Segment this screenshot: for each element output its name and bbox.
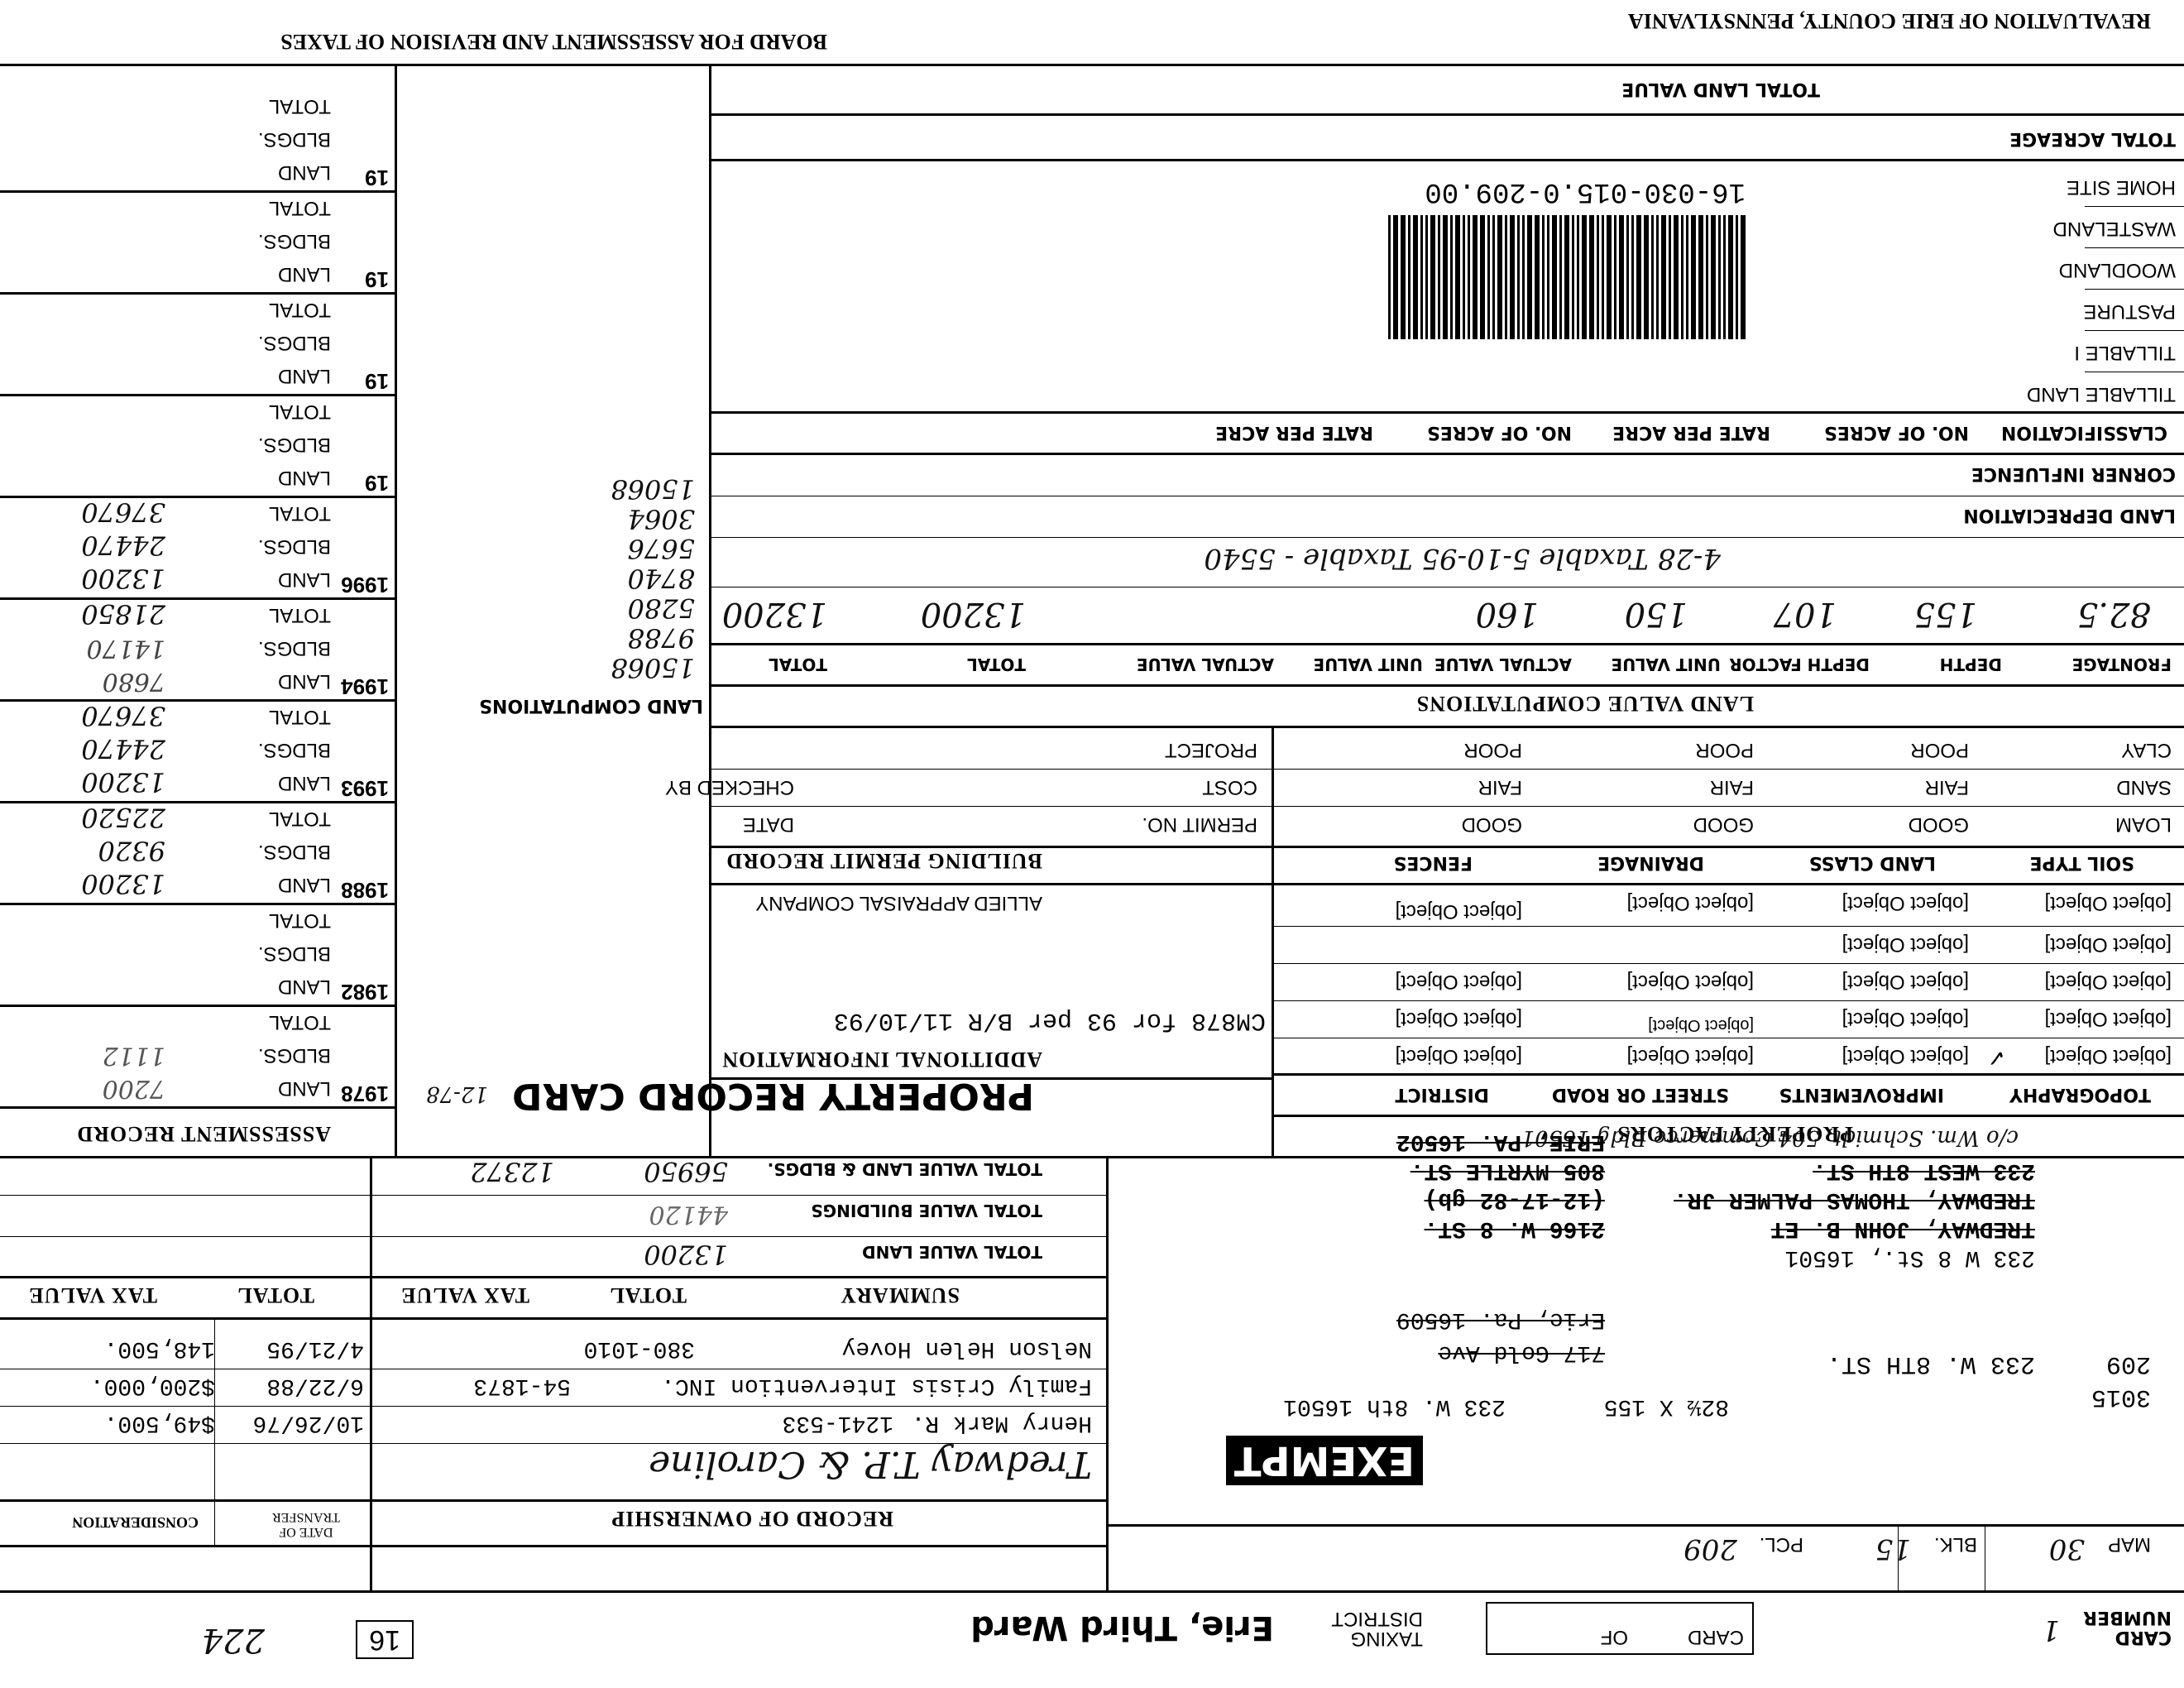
building-permit-title: BUILDING PERMIT RECORD [726,848,1042,873]
owner-row-4: Nelson Helen Hovey [842,1336,1092,1361]
improvement-gas: [object Object] [1842,970,1969,993]
improvement-electricity: [object Object] [1842,933,1969,956]
depth-header: DEPTH [1940,655,2002,674]
checkmark-icon: ✓ [1987,1044,2006,1072]
additional-info-title: ADDITIONAL INFORMATION [721,1047,1042,1072]
assessment-year: 1978 [341,1081,389,1106]
additional-info-text: CM878 for 93 per B/R 11/10/93 [834,1006,1266,1034]
card-number-value: 1 [2042,1614,2060,1647]
total-value-1: 13200 [921,595,1026,633]
rate-per-acre-header-2: RATE PER ACRE [1215,422,1373,443]
total-value-2: 13200 [722,595,827,633]
owner-row-1: Tredway T.P. & Caroline [649,1443,1092,1485]
improvement-sewer: [object Object] [1842,1007,1969,1030]
road-sidewalk: [object Object] [1627,891,1754,914]
boxed-number: 16 [356,1620,414,1659]
land-class-poor: POOR [1910,738,1969,761]
soil-sand: SAND [2116,775,2172,798]
topo-swampy: [object Object] [2045,891,2172,914]
improvement-city-water: [object Object] [1842,1044,1969,1067]
property-address: 233 W. 8TH ST. [1827,1350,2035,1378]
woodland-label: WOODLAND [2059,258,2176,281]
land-value-computations-title: LAND VALUE COMPUTATIONS [1416,691,1754,716]
road-paved: [object Object] [1627,1044,1754,1067]
topo-high: [object Object] [2045,1007,2172,1030]
parcel-code-1: 3015 [2091,1383,2151,1411]
unit-value-header: UNIT VALUE [1611,655,1721,674]
drainage-header: DRAINAGE [1597,852,1704,873]
corner-note: 224 [202,1621,265,1659]
card-of-box: CARD OF [1486,1602,1754,1655]
date-of-transfer-header: DATE OF TRANSFER [256,1509,356,1539]
land-computations-list: 15068 9788 5280 8740 5676 3064 15068 [611,474,695,683]
board-title: BOARD FOR ASSESSMENT AND REVISION OF TAX… [280,29,827,54]
improvement-all-utilities: [object Object] [1842,891,1969,914]
road-semi-improved: [object Object] [1648,1015,1754,1034]
permit-date-label: DATE [743,813,794,836]
corner-influence-label: CORNER INFLUENCE [1971,463,2176,484]
summary-title: SUMMARY [840,1283,960,1307]
soil-clay: CLAY [2121,738,2172,761]
wasteland-label: WASTELAND [2053,217,2176,240]
taxing-district-value: Erie, Third Ward [970,1609,1274,1647]
land-class-header: LAND CLASS [1809,852,1936,873]
fences-fair: FAIR [1478,775,1522,798]
consideration-header: CONSIDERATION [72,1513,199,1531]
property-record-card-banner: PROPERTY RECORD CARD [512,1075,1034,1117]
barcode [1386,215,1746,339]
pcl-value: 209 [1683,1532,1737,1566]
total-acreage-label: TOTAL ACREAGE [2009,128,2176,149]
land-computations-title: LAND COMPUTATIONS [479,695,703,716]
district-header: DISTRICT [1395,1084,1489,1105]
topography-header: TOPOGRAPHY [2009,1084,2151,1105]
blk-value: 15 [1875,1532,1911,1566]
total-header-1: TOTAL [967,655,1026,674]
pasture-label: PASTURE [2083,300,2176,323]
land-class-fair: FAIR [1925,775,1969,798]
depth-value: 155 [1914,595,1977,633]
fences-poor: POOR [1463,738,1522,761]
assessment-record-title: ASSESSMENT RECORD [76,1121,331,1146]
actual-value-header-2: ACTUAL VALUE [1137,655,1274,674]
summary-land-label: TOTAL VALUE LAND [862,1242,1042,1262]
soil-type-header: SOIL TYPE [2030,852,2135,873]
unit-value: 150 [1625,595,1688,633]
card-number-label: CARD NUMBER [2097,1607,2172,1647]
unit-value-header-2: UNIT VALUE [1313,655,1423,674]
topo-low: [object Object] [2045,970,2172,993]
taxing-district-label: TAXING DISTRICT [1307,1609,1423,1648]
land-class-good: GOOD [1909,813,1969,836]
drainage-fair: FAIR [1710,775,1754,798]
frontage-value: 82.5 [2077,595,2151,633]
cost-label: COST [1202,775,1257,798]
street-road-header: STREET OR ROAD [1552,1084,1729,1105]
owner-row-2: Henry Mark R. [912,1410,1092,1436]
total-header-2: TOTAL [769,655,827,674]
permit-no-label: PERMIT NO. [1142,813,1257,836]
road-unimproved: [object Object] [1627,970,1754,993]
project-label: PROJECT [1165,738,1257,761]
blk-label: BLK. [1934,1532,1977,1556]
rate-per-acre-header-1: RATE PER ACRE [1612,422,1770,443]
district-blighted-area: [object Object] [1396,899,1522,923]
map-value: 30 [2049,1532,2085,1566]
topo-rolling: [object Object] [2045,933,2172,956]
address-zip: 233 W. 8th 16501 [1283,1393,1506,1419]
district-improving: [object Object] [1396,1044,1522,1067]
classification-header: CLASSIFICATION [2001,422,2167,443]
district-static: [object Object] [1396,1007,1522,1030]
parcel-code-2: 209 [2106,1350,2151,1378]
no-acres-header-1: NO. OF ACRES [1824,422,1969,443]
parcel-number: 16-030-015.0-209.00 [1425,175,1746,207]
fences-header: FENCES [1394,852,1473,873]
appraisal-company: ALLIED APPRAISAL COMPANY [755,891,1042,914]
total-land-value-label: TOTAL LAND VALUE [1621,79,1820,99]
pcl-label: PCL. [1760,1532,1803,1556]
depth-factor-value: 107 [1774,595,1837,633]
ownership-title: RECORD OF OWNERSHIP [611,1506,893,1531]
property-record-card: REVALUATION OF ERIE COUNTY, PENNSYLVANIA… [0,0,2184,1688]
checked-by-label: CHECKED BY [665,775,794,798]
home-site-label: HOME SITE [2067,175,2176,199]
actual-value-header: ACTUAL VALUE [1434,655,1572,674]
owner-row-3: Family Crisis Intervention INC. [661,1373,1092,1398]
improvements-header: IMPROVEMENTS [1779,1084,1945,1105]
tillable-land-label: TILLABLE LAND [2027,382,2176,405]
frontage-header: FRONTAGE [2072,655,2172,674]
drainage-good: GOOD [1693,813,1754,836]
exempt-stamp: EXEMPT [1226,1436,1423,1485]
depth-factor-header: DEPTH FACTOR [1729,655,1870,674]
district-declining: [object Object] [1396,970,1522,993]
lot-dimensions: 82½ X 155 [1604,1393,1729,1419]
land-depreciation-label: LAND DEPRECIATION [1963,505,2176,525]
actual-value: 160 [1476,595,1539,633]
drainage-poor: POOR [1695,738,1754,761]
summary-buildings-label: TOTAL VALUE BUILDINGS [811,1201,1042,1220]
topo-level: [object Object] [2045,1044,2172,1067]
summary-land-bldgs-label: TOTAL VALUE LAND & BLDGS. [768,1159,1042,1179]
map-label: MAP [2108,1532,2151,1556]
revaluation-title: REVALUATION OF ERIE COUNTY, PENNSYLVANIA [1628,8,2151,33]
soil-loam: LOAM [2115,813,2172,836]
tillable-1-label: TILLABLE I [2074,341,2176,364]
assessment-table: 12-78 1978 LAND 7200 BLDGS. 1112 TOTAL 1… [0,91,397,1109]
land-note: 4-28 Taxable 5-10-95 Taxable - 5540 [1204,542,1721,575]
no-acres-header-2: NO. OF ACRES [1427,422,1572,443]
fences-good: GOOD [1462,813,1522,836]
